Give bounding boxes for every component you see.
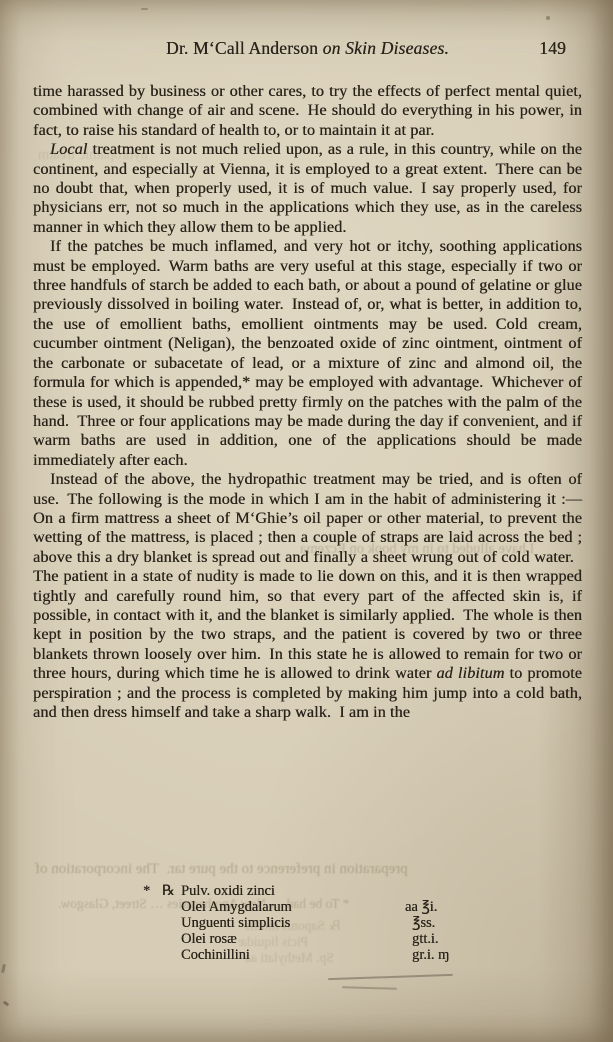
footnote-row: Cochinillini gr.i. ɱ — [33, 948, 582, 964]
bleed-through-text: preparation in preference to the pure ta… — [35, 861, 408, 878]
running-title-author: Dr. M‘Call Anderson — [166, 38, 323, 58]
ingredient-name: Cochinillini — [181, 948, 405, 964]
ingredient-name: Unguenti simplicis — [181, 916, 405, 932]
footnote-row: Olei Amygdalarum aa ℥i. — [33, 900, 582, 916]
paragraph-text: If the patches be much inflamed, and ver… — [33, 237, 582, 468]
pencil-smudge — [328, 974, 453, 980]
paper-speck — [141, 8, 148, 10]
paragraph: Local treatment is not much relied upon,… — [33, 140, 582, 237]
paper-speck — [1, 964, 6, 973]
paragraph-text-italic: ad libitum — [436, 664, 504, 682]
paragraph: time harassed by business or other cares… — [33, 82, 582, 140]
scanned-book-page: I have alluded to in my book on Eczema h… — [0, 0, 613, 1042]
ingredient-name: Olei rosæ — [181, 932, 405, 948]
ingredient-quantity: ℥ss. — [405, 916, 435, 932]
footnote-row: Unguenti simplicis ℥ss. — [33, 916, 582, 932]
paper-speck — [546, 16, 550, 20]
footnote-asterisk: * — [143, 884, 150, 900]
ingredient-quantity: gtt.i. — [405, 932, 438, 948]
paragraph: Instead of the above, the hydropathic tr… — [33, 470, 582, 722]
paragraph: If the patches be much inflamed, and ver… — [33, 237, 582, 470]
paragraph-text-italic: Local — [50, 140, 87, 158]
ingredient-name: Pulv. oxidi zinci — [181, 884, 405, 900]
running-title: Dr. M‘Call Anderson on Skin Diseases. — [166, 38, 449, 58]
paper-speck — [3, 1001, 10, 1007]
paragraph-text: time harassed by business or other cares… — [33, 82, 582, 139]
footnote-row: * ℞ Pulv. oxidi zinci — [33, 884, 582, 900]
text-block: Dr. M‘Call Anderson on Skin Diseases. 14… — [33, 38, 582, 722]
running-header: Dr. M‘Call Anderson on Skin Diseases. 14… — [33, 38, 582, 62]
footnote-row: Olei rosæ gtt.i. — [33, 932, 582, 948]
page-number: 149 — [539, 38, 566, 59]
page-body: time harassed by business or other cares… — [33, 82, 582, 722]
running-title-work: on Skin Diseases. — [323, 38, 449, 58]
ingredient-name: Olei Amygdalarum — [181, 900, 405, 916]
ingredient-quantity: gr.i. ɱ — [405, 948, 449, 964]
footnote-recipe: * ℞ Pulv. oxidi zinci Olei Amygdalarum a… — [33, 884, 582, 964]
pencil-smudge — [342, 986, 397, 989]
paragraph-text: Instead of the above, the hydropathic tr… — [33, 470, 582, 682]
ingredient-quantity: aa ℥i. — [405, 900, 437, 916]
prescription-rx-icon: ℞ — [162, 884, 175, 900]
paragraph-text: treatment is not much relied upon, as a … — [33, 140, 582, 236]
